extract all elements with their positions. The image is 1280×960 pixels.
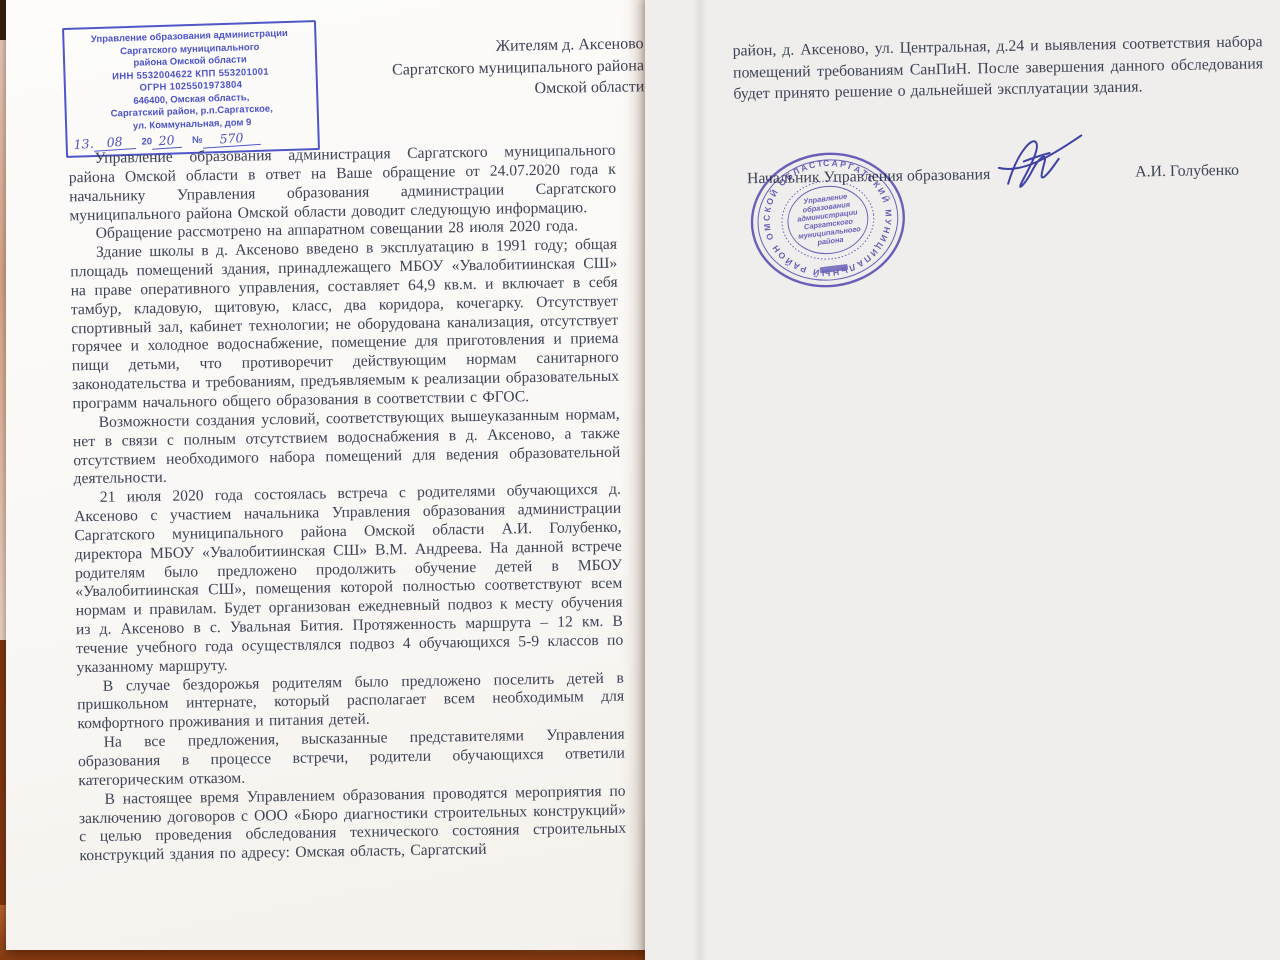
- paragraph: Возможности создания условий, соответств…: [73, 406, 621, 490]
- handwritten-year: 20: [152, 134, 183, 149]
- paper-crease: [693, 0, 707, 960]
- handwritten-number: 570: [202, 131, 261, 148]
- paragraph: Управление образования администрация Сар…: [68, 142, 616, 226]
- paragraph: В случае бездорожья родителям было предл…: [77, 669, 625, 734]
- paragraph: В настоящее время Управлением образовани…: [78, 782, 626, 866]
- recipient-line: Омской области: [330, 76, 644, 103]
- paragraph: 21 июля 2020 года состоялась встреча с р…: [74, 481, 624, 678]
- paragraph: Здание школы в д. Аксеново введено в экс…: [70, 236, 620, 414]
- letter-page-2: район, д. Аксеново, ул. Центральная, д.2…: [645, 0, 1280, 960]
- handwritten-signature: [994, 130, 1087, 199]
- letter-page-1: Управление образования администрации Сар…: [6, 0, 656, 950]
- official-round-stamp: САРГАТСКИЙ МУНИЦИПАЛЬНЫЙ РАЙОН ОМСКОЙ ОБ…: [728, 130, 928, 313]
- recipient-block: Жителям д. Аксеново Саргатского муниципа…: [329, 33, 644, 103]
- sender-corner-stamp: Управление образования администрации Сар…: [62, 20, 320, 157]
- letter-body: Управление образования администрация Сар…: [68, 142, 626, 867]
- number-sign: №: [192, 135, 203, 148]
- letter-body-continued: район, д. Аксеново, ул. Центральная, д.2…: [732, 31, 1263, 105]
- paragraph: На все предложения, высказанные представ…: [78, 726, 626, 791]
- signer-name: А.И. Голубенко: [1135, 161, 1239, 181]
- round-stamp-center-line: района: [816, 235, 844, 247]
